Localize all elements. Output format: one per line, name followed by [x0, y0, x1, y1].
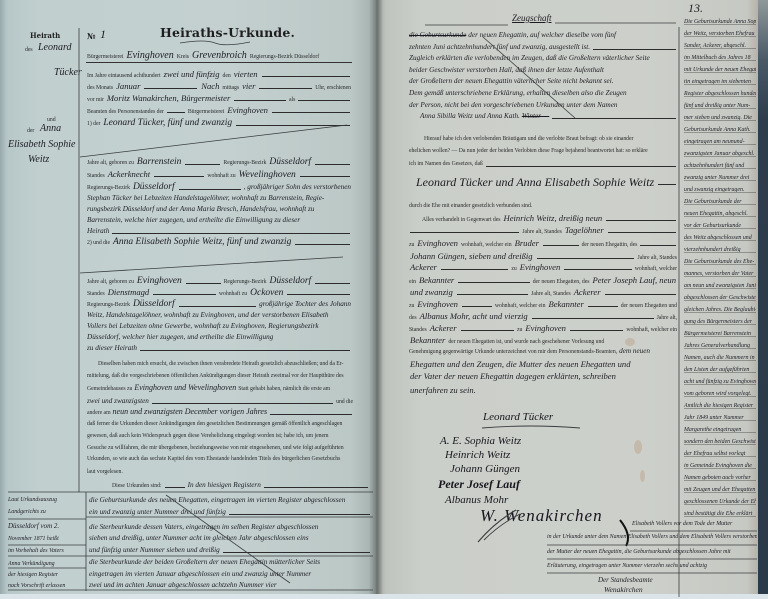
document-entry: und fünfzig unter Nummer sieben und drei…: [88, 544, 372, 556]
struck-text: Zugleich erklärten die verlobenden im Ze…: [408, 52, 651, 64]
signature-witness-1: Heinrich Weitz: [445, 449, 510, 461]
groom-occupation: Ackerknecht: [106, 168, 152, 180]
struck-line: Anna Sibilla Weitz und Anna Kath.Winter …: [408, 110, 678, 122]
blank-line: [234, 100, 286, 101]
paragraph-line: mittelung, daß die vorgeschriebenen öffe…: [86, 370, 354, 382]
margin-note-text: Laut Urkundsauszug: [8, 494, 57, 506]
municipality-line: Bürgermeisterei Evinghoven Kreis Grevenb…: [86, 50, 352, 63]
margin-note-line: mit Zeugen und der Ehegatten: [684, 481, 756, 493]
witness-3-occupation: Ackerer: [572, 286, 603, 298]
margin-note-line: gung des Bürgermeisters der: [684, 313, 756, 325]
document-entry: die Geburtsurkunde des neuen Ehegatten, …: [88, 494, 372, 506]
blank-line: [152, 403, 333, 404]
closing-line: der Vater der neuen Ehegattin dagegen er…: [408, 370, 678, 382]
blank-line: [153, 294, 216, 295]
struck-line: der Großeltern der neuen Ehegattin väter…: [408, 75, 678, 87]
witness-1-residence: Evinghoven: [415, 237, 460, 249]
struck-text: Dem gemäß unterschriebene Erklärung, erh…: [408, 87, 628, 99]
bride-occupation-line: Standes Dienstmagd wohnhaft zu Ockoven: [86, 286, 352, 298]
bride-prefix: der: [26, 128, 35, 134]
margin-note-line: Jahr 1849 unter Nummer: [684, 409, 756, 421]
blank-line: [236, 125, 350, 126]
margin-note-line: am neun und zwanzigsten Juni: [684, 277, 756, 289]
witness-line: einBekannterder neuen Ehegatten, desPete…: [408, 274, 678, 286]
paragraph-line: andere am neun und zwanzigsten December …: [86, 406, 354, 418]
margin-note-line: im Mittelbuch des Jahres 18: [684, 49, 756, 61]
witness-text: der neuen Ehegatten, des: [532, 276, 591, 286]
registrar-line: Beamten des Personenstandes der Bürgerme…: [86, 104, 352, 116]
blank-line: [229, 514, 370, 515]
paper-stain: [634, 440, 642, 454]
witness-4-name: Albanus Mohr, acht und vierzig: [418, 310, 530, 322]
bride-first-name: Anna: [38, 123, 63, 134]
couple-names: Leonard Tücker und Anna Elisabeth Sophie…: [408, 174, 656, 190]
blank-line: [461, 330, 514, 331]
blank-line: [154, 176, 204, 177]
blank-line: [658, 184, 676, 185]
year-label: Im Jahre eintausend achthundert: [86, 70, 162, 80]
margin-note-line: den Listen der aufgeführten: [684, 361, 756, 373]
documents-heading-line: Diese Urkunden sind: In den hiesigen Reg…: [86, 479, 370, 491]
margin-note-text: Landgerichts zu: [8, 506, 46, 518]
witness-2-residence: Evinghoven: [518, 261, 563, 273]
groom-surname: Tücker: [52, 67, 84, 78]
margin-note-line: geschlossenen Urkunde der Ehe: [684, 493, 756, 505]
struck-text: die Geburtsurkunde: [408, 29, 467, 41]
bride-residence: Ockoven: [248, 287, 285, 298]
paragraph-text: Dieselben haben mich ersucht, die zwisch…: [86, 358, 344, 370]
margin-note-line: zwanzig unter Nummer drei: [684, 169, 756, 181]
annotation-line: Wenakirchen: [604, 584, 704, 595]
blank-line: [552, 118, 676, 119]
paragraph-text: Gemeindehauses zu: [86, 383, 133, 394]
margin-note-line: vom geboren wird vorgelegt.: [684, 385, 756, 397]
signature-official: W. Wenakirchen: [480, 506, 603, 526]
paragraph-text: andere am: [86, 407, 112, 418]
signature-witness-3: Peter Josef Lauf: [438, 477, 520, 492]
document-entry: ein und zwanzig unter Nummer drei und fü…: [88, 506, 372, 518]
blank-line: [486, 166, 676, 167]
blank-line: [457, 294, 528, 295]
margin-note-line: Landgerichts zu: [8, 506, 84, 518]
margin-heading: Heirath: [30, 31, 60, 40]
bride-line: 2) und die Anna Elisabeth Sophie Weitz, …: [86, 236, 352, 248]
margin-note-line: zwanzigsten Januar abgeschl.: [684, 145, 756, 157]
annotation-text: in der Urkunde unter dem Namen Elisabeth…: [547, 532, 757, 543]
groom-residence: Wevelinghoven: [237, 169, 298, 180]
month-line: des Monats Januar Nach mittags vier Uhr,…: [86, 80, 352, 92]
region-label: Regierungs-Bezirk Düsseldorf: [249, 51, 320, 63]
margin-note-line: Bürgermeisterei Barrenstein: [684, 325, 756, 337]
witness-3-age: und zwanzig: [408, 286, 455, 298]
groom-line: 1) der Leonard Tücker, fünf und zwanzig: [86, 117, 352, 129]
born-at-label: Jahre alt, geboren zu: [86, 157, 135, 168]
witness-4-residence: Evinghoven: [523, 322, 568, 334]
blank-line: [264, 487, 368, 488]
witness-line: und zwanzigJahre alt, StandesAckerer: [408, 286, 678, 298]
blank-line: [608, 232, 676, 233]
struck-text: Winter —: [521, 110, 550, 122]
blank-line: [532, 318, 654, 319]
district-label: Kreis: [176, 51, 190, 63]
witness-text: der neuen Ehegattin, des: [581, 239, 639, 249]
blank-line: [167, 112, 185, 113]
witness-line: Jahre alt, StandesTagelöhner: [408, 224, 678, 236]
declaration-line: Hierauf habe ich den verlobenden Bräutig…: [408, 133, 678, 145]
paragraph-line: laut vorgelesen.: [86, 466, 354, 478]
margin-note-line: Register abgeschlossen hundert: [684, 85, 756, 97]
district-value: Grevenbroich: [190, 50, 249, 62]
witness-2-relation: Bekannter: [417, 274, 456, 286]
paragraph-line: Gemeindehauses zu Evinghoven und Wevelin…: [86, 382, 354, 394]
margin-note-line: abgeschlossen der Geschwister: [684, 289, 756, 301]
witness-1-relation: Bruder: [513, 237, 541, 249]
blank-line: [270, 414, 352, 415]
margin-note-line: des Weitz abgeschlossen und: [684, 229, 756, 241]
blank-line: [543, 245, 579, 246]
witness-text: Alles verhandelt in Gegenwart des: [408, 214, 502, 224]
margin-note-line: neuen Ehegattin, abgeschl.: [684, 205, 756, 217]
registrar-label: Beamten des Personenstandes der: [86, 106, 165, 116]
registrar-office-label: Bürgermeisterei: [187, 106, 226, 116]
margin-note-line: Namen, auch die Nummern in: [684, 349, 756, 361]
couple-names-line: Leonard Tücker und Anna Elisabeth Sophie…: [408, 174, 678, 190]
witness-text: wohnhaft, welcher ein: [625, 324, 678, 334]
witness-text: Jahre alt,: [656, 312, 678, 322]
annotation-line: Elisabeth Vollers vor dem Tode der Mutte…: [632, 519, 757, 530]
blank-line: [315, 283, 350, 284]
closing-note: Ehegatten und den Zeugen, die Mutter des…: [408, 358, 633, 370]
declaration-text: ich im Namen des Gesetzes, daß: [408, 158, 484, 170]
struck-text: der neuen Ehegattin, auf welcher dieselb…: [467, 29, 617, 41]
time-of-day-label: mittags: [221, 82, 240, 92]
witness-line: AckererzuEvinghovenwohnhaft, welcher: [408, 261, 678, 273]
annotation-text: Erläuterung, eingetragen unter Nummer vi…: [547, 561, 707, 572]
witness-text: der neuen Ehegatten und: [620, 300, 678, 310]
witness-line: zuEvinghovenwohnhaft, welcher einBruderd…: [408, 237, 678, 249]
official-name: Moritz Wanakirchen, Bürgermeister: [105, 92, 232, 104]
bride-surname: Weitz: [26, 154, 51, 165]
margin-note-line: im Vorbehalt des Vaters: [8, 545, 84, 557]
document-entry-text: sieben und dreißig, unter Nummer acht im…: [88, 532, 310, 544]
annotation-signature: Wenakirchen: [604, 584, 643, 595]
witness-text: zu: [408, 300, 415, 310]
margin-note-line: gleichen Jahres. Die Beglaubi-: [684, 301, 756, 313]
blank-line: [223, 552, 370, 553]
month-value: Januar: [114, 80, 142, 92]
margin-note-line: Die Geburtsurkunde Anna Soph.: [684, 13, 756, 25]
documents-source: In den hiesigen Registern: [187, 479, 262, 491]
groom-birth-region: Düsseldorf: [267, 156, 313, 168]
document-entry: sieben und dreißig, unter Nummer acht im…: [88, 532, 372, 544]
blank-line: [287, 294, 350, 295]
margin-note-line: acht und fünfzig zu Evinghoven: [684, 373, 756, 385]
blank-line: [315, 164, 350, 165]
paragraph-text: Urkunden, so wie auch das sechste Kapite…: [86, 453, 341, 465]
groom-birthplace-line: Jahre alt, geboren zu Barrenstein Regier…: [86, 156, 352, 168]
paragraph-line: daß ferner die Urkunden dieser Ankündigu…: [86, 418, 354, 430]
groom-name-age: Leonard Tücker, fünf und zwanzig: [101, 117, 234, 129]
document-entry-text: und fünfzig unter Nummer sieben und drei…: [88, 544, 221, 556]
witness-text: zu: [510, 263, 517, 273]
blank-line: [140, 350, 350, 351]
witness-text: wohnhaft, welcher ein: [460, 239, 513, 249]
margin-note-line: Jahres Generalverhandlung: [684, 337, 756, 349]
margin-note-line: der Ehefrau selbst vorlegt: [684, 445, 756, 457]
document-entry-text: die Geburtsurkunde des neuen Ehegatten, …: [88, 494, 346, 506]
month-label: des Monats: [86, 82, 114, 92]
margin-note-line: vor der Geburtsurkunde: [684, 217, 756, 229]
document-title: Heiraths-Urkunde.: [160, 25, 295, 40]
year-value: zwei und fünfzig: [162, 68, 222, 80]
paragraph-text: laut vorgelesen.: [86, 466, 124, 478]
struck-line: die Geburtsurkundeder neuen Ehegattin, a…: [408, 29, 678, 41]
blank-line: [144, 88, 197, 89]
margin-note-line: mer sieben und zwanzig. Die: [684, 109, 756, 121]
paragraph-text: gewesen, daß auch kein Widerspruch gegen…: [86, 430, 329, 442]
date-line: Im Jahre eintausend achthundert zwei und…: [86, 68, 352, 80]
witness-text: wohnhaft, welcher ein: [494, 300, 547, 310]
blank-line: [298, 100, 350, 101]
annotation-text: der Mutter der neuen Ehegattin, die Gebu…: [547, 547, 731, 558]
margin-note-text: nach Vorschrift erlassen: [8, 580, 65, 592]
margin-note-line: Sander, Ackerer, abgeschl.: [684, 37, 756, 49]
groom-prefix: des: [24, 47, 34, 53]
witness-4-occupation: Ackerer: [428, 322, 459, 334]
bride-occupation: Dienstmagd: [106, 286, 152, 298]
margin-note-line: Namen geboten auch vorher: [684, 469, 756, 481]
record-number-label: №: [87, 31, 96, 41]
blank-line: [441, 269, 508, 270]
document-entry: zwei und im achten Januar abgeschlossen …: [88, 579, 372, 591]
annotation-line: der Mutter der neuen Ehegattin, die Gebu…: [547, 547, 757, 558]
margin-note-line: nach Vorschrift erlassen: [8, 580, 84, 592]
closing-note: der Vater der neuen Ehegattin dagegen er…: [408, 370, 618, 382]
margin-note-line: der Weitz, verstorben Ehefrau: [684, 25, 756, 37]
bride-label: 2) und die: [86, 237, 111, 248]
paragraph-text: daß ferner die Urkunden dieser Ankündigu…: [86, 418, 343, 430]
signature-witness-2: Johann Güngen: [450, 463, 520, 475]
blank-line: [259, 88, 312, 89]
document-entry-text: ein und zwanzig unter Nummer drei und fü…: [88, 506, 227, 518]
announcement-places: Evinghoven und Wevelinghoven: [133, 382, 237, 394]
margin-note-line: Laut Urkundsauszug: [8, 494, 84, 506]
blank-line: [593, 49, 676, 50]
witness-line: Alles verhandelt in Gegenwart desHeinric…: [408, 212, 678, 224]
blank-line: [410, 232, 519, 233]
struck-text: Anna Sibilla Weitz und Anna Kath.: [408, 110, 521, 122]
groom-label: 1) der: [86, 118, 101, 129]
margin-note-text: November 1871 heißt: [8, 533, 59, 545]
margin-note-line: Geburtsurkunde Anna Kath.: [684, 121, 756, 133]
struck-line: Zugleich erklärten die verlobenden im Ze…: [408, 52, 678, 64]
declaration-line: durch die Ehe mit einander gesetzlich ve…: [408, 200, 678, 212]
margin-note-text: sind bestätigt die Ehe erklärt: [684, 511, 752, 517]
occupation-label: Standes: [86, 170, 106, 180]
margin-note-line: tin eingetragen im siebenten: [684, 73, 756, 85]
blank-line: [112, 233, 350, 234]
margin-note-line: in Gemeinde Evinghoven die: [684, 457, 756, 469]
documents-label: Diese Urkunden sind:: [86, 480, 163, 491]
witness-text: zu: [516, 324, 523, 334]
blank-line: [272, 112, 350, 113]
document-entry: die Sterbeurkunde der beiden Großeltern …: [88, 556, 372, 568]
declaration-text: ehelichen wollen? — Da nun jeder der bei…: [408, 145, 649, 157]
blank-line: [640, 245, 676, 246]
blank-line: [186, 283, 221, 284]
margin-note-line: Düsseldorf vom 2.: [8, 520, 84, 532]
blank-line: [605, 294, 676, 295]
witness-2-occupation: Ackerer: [408, 261, 439, 273]
appeared-label: Uhr, erschienen: [314, 82, 352, 92]
closing-note: unerfahren zu sein.: [408, 384, 478, 396]
hour-value: vier: [240, 80, 257, 92]
margin-note-line: Die Geburtsurkunde des Ehe-: [684, 253, 756, 265]
blank-line: [300, 176, 350, 177]
declaration-line: ehelichen wollen? — Da nun jeder der bei…: [408, 145, 678, 157]
municipality-value: Evinghoven: [125, 50, 176, 62]
occupation-label: Standes: [86, 288, 106, 298]
paragraph-text: Statt gehabt haben, nämlich die erste am: [237, 383, 331, 394]
margin-note-line: fünf und dreißig unter Num-: [684, 97, 756, 109]
document-entry-text: zwei und im achten Januar abgeschlossen …: [88, 579, 278, 591]
day-label: den: [222, 70, 232, 80]
official-line: vor mir Moritz Wanakirchen, Bürgermeiste…: [86, 92, 352, 104]
blank-line: [165, 487, 185, 488]
margin-note-line: mit Urkunde der neuen Ehegat-: [684, 61, 756, 73]
signature-groom: Leonard Tücker: [483, 411, 553, 423]
closing-text: Genehmigung gegenwärtige Urkunde unterze…: [408, 346, 618, 357]
signature-bride: A. E. Sophia Weitz: [440, 435, 521, 447]
margin-note-line: Margarethe eingetragen: [684, 421, 756, 433]
paragraph-line: Dieselben haben mich ersucht, die zwisch…: [86, 358, 354, 370]
witness-line: zuEvinghovenwohnhaft, welcher einBekannt…: [408, 298, 678, 310]
second-announcement-date: neun und zwanzigsten December vorigen Ja…: [112, 406, 269, 418]
section-heading: Zeugschaft: [510, 13, 554, 23]
margin-note-line: vierzehnhundert dreißig: [684, 241, 756, 253]
region-label: Regierungs-Bezirk: [222, 157, 267, 168]
annotation-line: Erläuterung, eingetragen unter Nummer vi…: [547, 561, 757, 572]
margin-note-text: im Vorbehalt des Vaters: [8, 545, 64, 557]
blank-line: [185, 164, 220, 165]
witness-3-relation: Bekannter: [546, 298, 585, 310]
closing-line: Ehegatten und den Zeugen, die Mutter des…: [408, 358, 678, 370]
witness-text: Jahre alt, Standes: [530, 288, 572, 298]
paragraph-line: Urkunden, so wie auch das sechste Kapite…: [86, 453, 354, 465]
day-value: vierten: [232, 68, 260, 80]
witness-3-name: Peter Joseph Lauf, neun: [590, 274, 678, 286]
blank-line: [537, 258, 635, 259]
witness-text: Standes: [408, 324, 428, 334]
before-me-label: vor mir: [86, 94, 105, 104]
groom-first-name: Leonard: [36, 42, 74, 53]
paper-stain: [640, 470, 645, 482]
margin-note-text: Düsseldorf vom 2.: [8, 520, 59, 532]
bride-parents-text: zu dieser Heirath: [86, 342, 138, 354]
witness-text: ein: [408, 276, 417, 286]
blank-line: [179, 306, 256, 307]
bride-name-age: Anna Elisabeth Sophie Weitz, fünf und zw…: [111, 236, 293, 248]
groom-birthplace: Barrenstein: [135, 156, 184, 168]
annotation-line: in der Urkunde unter dem Namen Elisabeth…: [547, 532, 757, 543]
struck-text: der Großeltern der neuen Ehegattin väter…: [408, 75, 615, 87]
declaration-text: durch die Ehe mit einander gesetzlich ve…: [408, 200, 533, 212]
blank-line: [179, 189, 241, 190]
witness-text: wohnhaft, welcher: [634, 263, 678, 273]
margin-note-line: sind bestätigt die Ehe erklärt: [684, 505, 756, 517]
closing-line: Genehmigung gegenwärtige Urkunde unterze…: [408, 345, 678, 357]
paragraph-line: gewesen, daß auch kein Widerspruch gegen…: [86, 430, 354, 442]
witness-1-occupation: Tagelöhner: [563, 224, 606, 236]
margin-note-line: Amtlich die hiesigen Register: [684, 397, 756, 409]
blank-line: [570, 330, 623, 331]
blank-line: [262, 76, 350, 77]
annotation-text: Elisabeth Vollers vor dem Tode der Mutte…: [632, 519, 732, 530]
blank-line: [458, 282, 529, 283]
blank-line: [606, 220, 676, 221]
witness-line: StandesAckererzuEvinghovenwohnhaft, welc…: [408, 322, 678, 334]
record-number: 1: [98, 27, 108, 42]
blank-line: [295, 244, 350, 245]
signature-witness-4: Albanus Mohr: [445, 494, 508, 506]
struck-line: Dem gemäß unterschriebene Erklärung, erh…: [408, 87, 678, 99]
margin-note-line: eingetragen am neunund-: [684, 133, 756, 145]
margin-note-line: Die Geburtsurkunde der: [684, 193, 756, 205]
municipality-label: Bürgermeisterei: [86, 51, 125, 63]
time-of-day-value: Nach: [199, 80, 221, 92]
witness-text: zu: [408, 239, 415, 249]
blank-line: [588, 306, 618, 307]
declaration-text: Hierauf habe ich den verlobenden Bräutig…: [408, 133, 634, 145]
paragraph-text: mittelung, daß die vorgeschriebenen öffe…: [86, 370, 345, 382]
blank-line: [564, 269, 631, 270]
margin-note-line: mannes, verstorben der Vater: [684, 265, 756, 277]
bride-parents-line: zu dieser Heirath: [86, 342, 352, 354]
margin-note-line: achtzehnhundert fünf und: [684, 157, 756, 169]
residence-label: wohnhaft zu: [218, 288, 248, 298]
witness-text: des: [408, 312, 418, 322]
closing-line: unerfahren zu sein.: [408, 384, 678, 396]
closing-note: dem neuen: [618, 345, 651, 357]
margin-note-line: sondern den beiden Geschwistern: [684, 433, 756, 445]
groom-occupation-line: Standes Ackerknecht wohnhaft zu Weveling…: [86, 168, 352, 180]
declaration-line: ich im Namen des Gesetzes, daß: [408, 158, 678, 170]
bride-middle-names: Elisabeth Sophie: [6, 139, 78, 150]
registrar-office-value: Evinghoven: [225, 104, 270, 116]
margin-note-line: und zwanzig eingetragen.: [684, 181, 756, 193]
blank-line: [462, 306, 492, 307]
witness-line: desAlbanus Mohr, acht und vierzigJahre a…: [408, 310, 678, 322]
margin-note-line: November 1871 heißt: [8, 533, 84, 545]
witness-1-name: Heinrich Weitz, dreißig neun: [502, 212, 605, 224]
as-label: als: [288, 94, 296, 104]
residence-label: wohnhaft zu: [206, 170, 236, 180]
document-entry-text: die Sterbeurkunde der beiden Großeltern …: [88, 556, 321, 568]
witness-text: Jahre alt, Standes: [521, 226, 563, 236]
witness-3-residence: Evinghoven: [415, 298, 460, 310]
